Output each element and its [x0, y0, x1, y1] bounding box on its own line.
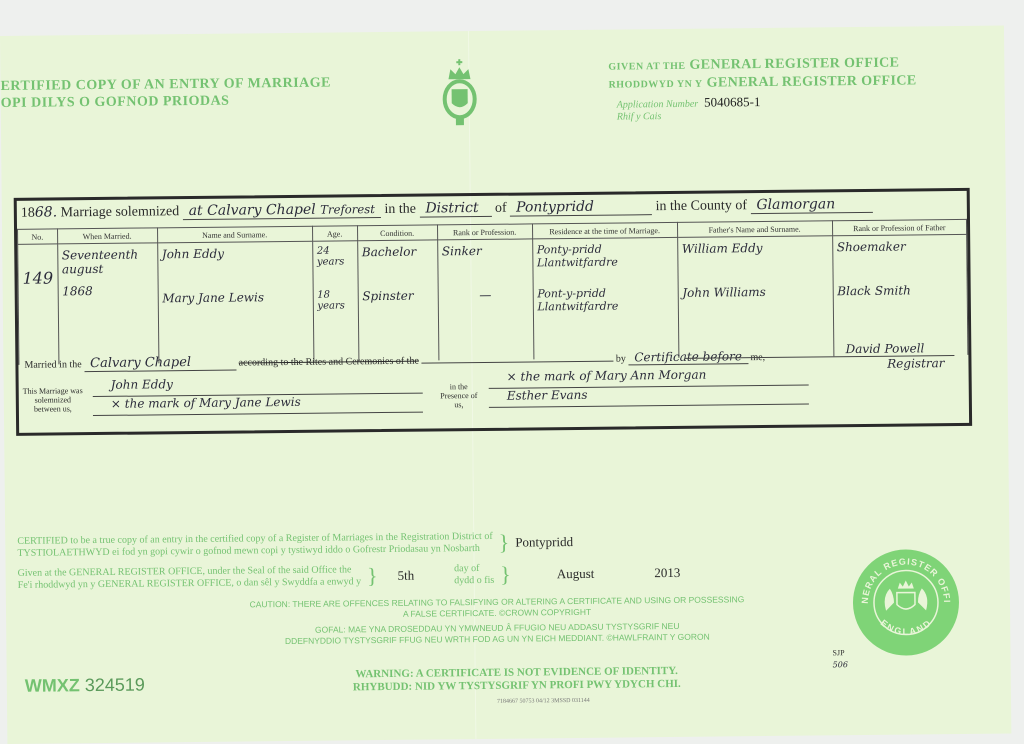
name-cell: John Eddy Mary Jane Lewis [157, 241, 313, 363]
serial-prefix: WMXZ [25, 675, 80, 696]
col-condition: Condition. [357, 225, 437, 241]
marriage-entry-box: 1868. Marriage solemnized at Calvary Cha… [14, 188, 972, 436]
print-code: 7184667 50753 04/12 3MSSD 031144 [497, 698, 590, 705]
office-name-en: GENERAL REGISTER OFFICE [689, 56, 899, 73]
col-rank: Rank or Profession. [437, 224, 532, 240]
application-label-welsh: Rhif y Cais [617, 110, 761, 124]
when-married-cell: Seventeenth august 1868 [57, 243, 158, 365]
married-in-label: Married in the [24, 359, 81, 371]
col-no: No. [18, 229, 58, 244]
serial-number: WMXZ 324519 [25, 675, 145, 697]
initials-code: SJP [832, 647, 847, 659]
rank-cell: Sinker — [437, 239, 533, 360]
office-name-cy: GENERAL REGISTER OFFICE [707, 73, 917, 90]
groom-age: 24 years [317, 245, 353, 289]
application-label: Application Number [617, 99, 699, 111]
cert-year: 2013 [654, 567, 680, 579]
cert-district: Pontypridd [515, 536, 573, 549]
general-register-office-seal-icon: GENERAL REGISTER OFFICE ENGLAND [851, 548, 960, 657]
royal-crest-icon [440, 57, 479, 129]
parties-signatures: John Eddy × the mark of Mary Jane Lewis [93, 375, 423, 416]
place-field: at Calvary Chapel Treforest [183, 201, 381, 220]
age-cell: 24 years 18 years [312, 241, 358, 362]
year-prefix: 18 [21, 206, 35, 221]
serial-digits: 324519 [85, 675, 145, 696]
bride-condition: Spinster [362, 288, 433, 303]
application-number-block: Application Number5040685-1 Rhif y Cais [617, 96, 761, 124]
residence-cell: Ponty-pridd Llantwitfardre Pont-y-pridd … [532, 237, 678, 359]
entry-number: 149 [18, 244, 59, 365]
presence-label: in the Presence of us, [439, 382, 479, 409]
married-in-value: Calvary Chapel [84, 355, 236, 373]
col-father-rank: Rank or Profession of Father [832, 219, 967, 235]
given-label-en: GIVEN AT THE [608, 61, 685, 73]
bride-signature: × the mark of Mary Jane Lewis [93, 394, 423, 416]
in-the-label: in the [384, 202, 416, 217]
district-value: Pontypridd [510, 198, 652, 216]
month-value: august [62, 261, 153, 276]
groom-rank: Sinker [442, 243, 528, 288]
bride-age: 18 years [317, 289, 353, 311]
year-value: 1868 [62, 283, 153, 298]
given-label-cy: RHODDWYD YN Y [608, 79, 702, 91]
bride-father-rank: Black Smith [837, 283, 963, 298]
warning-cy: RHYBUDD: NID YW TYSTYSGRIF YN PROFI PWY … [327, 678, 707, 695]
initials-block: SJP 506 [832, 647, 848, 671]
rites-label: according to the Rites and Ceremonies of… [239, 356, 419, 369]
bride-name: Mary Jane Lewis [162, 290, 308, 306]
witness-signatures: × the mark of Mary Ann Morgan Esther Eva… [489, 367, 809, 408]
witness-2: Esther Evans [489, 386, 809, 408]
year-suffix: 68. [35, 204, 57, 220]
title-welsh: OPI DILYS O GOFNOD PRIODAS [1, 92, 332, 112]
rites-blank [421, 361, 613, 364]
col-age: Age. [312, 226, 357, 241]
bride-father: John Williams [682, 284, 828, 300]
cert-month: August [557, 568, 595, 580]
application-number: 5040685-1 [704, 94, 760, 110]
district-word: District [419, 200, 491, 218]
groom-name: John Eddy [162, 246, 308, 292]
solemnized-between-label: This Marriage was solemnized between us, [23, 386, 83, 414]
day-of-label-cy: dydd o fis [454, 575, 494, 587]
groom-condition: Bachelor [362, 244, 433, 289]
day-of-label: day of [454, 563, 494, 575]
title-english: ERTIFIED COPY OF AN ENTRY OF MARRIAGE [0, 75, 331, 95]
initials-ref: 506 [833, 659, 848, 671]
by-label: by [616, 353, 626, 364]
cert-day: 5th [398, 570, 415, 582]
condition-cell: Bachelor Spinster [357, 240, 438, 361]
certification-block: CERTIFIED to be a true copy of an entry … [17, 529, 680, 592]
of-label: of [495, 201, 507, 216]
col-residence: Residence at the time of Marriage. [532, 222, 677, 239]
groom-father: William Eddy [682, 240, 828, 286]
caution-notice: CAUTION: THERE ARE OFFENCES RELATING TO … [192, 594, 802, 648]
col-name: Name and Surname. [157, 226, 312, 243]
county-value: Glamorgan [750, 196, 872, 214]
day-value: Seventeenth [62, 247, 153, 262]
place-note: Treforest [320, 202, 375, 217]
entry-header-line: 1868. Marriage solemnized at Calvary Cha… [21, 196, 873, 222]
father-rank-cell: Shoemaker Black Smith [832, 234, 968, 356]
col-father-name: Father's Name and Surname. [677, 221, 832, 238]
bride-residence: Pont-y-pridd Llantwitfardre [537, 286, 673, 313]
bride-rank: — [442, 287, 528, 302]
groom-father-rank: Shoemaker [837, 239, 963, 284]
given-line-cy: Fe'i rhoddwyd yn y GENERAL REGISTER OFFI… [18, 576, 361, 592]
father-name-cell: William Eddy John Williams [677, 236, 833, 358]
certificate-title: ERTIFIED COPY OF AN ENTRY OF MARRIAGE OP… [0, 75, 331, 112]
given-at-header: GIVEN AT THE GENERAL REGISTER OFFICE RHO… [608, 54, 916, 93]
solemnized-label: Marriage solemnized [61, 204, 180, 220]
certificate-paper: ERTIFIED COPY OF AN ENTRY OF MARRIAGE OP… [0, 25, 1011, 743]
warning-notice: WARNING: A CERTIFICATE IS NOT EVIDENCE O… [327, 665, 707, 695]
col-when-married: When Married. [57, 228, 157, 244]
place-value: at Calvary Chapel [189, 202, 316, 219]
groom-residence: Ponty-pridd Llantwitfardre [537, 242, 673, 287]
county-label: in the County of [655, 198, 747, 214]
